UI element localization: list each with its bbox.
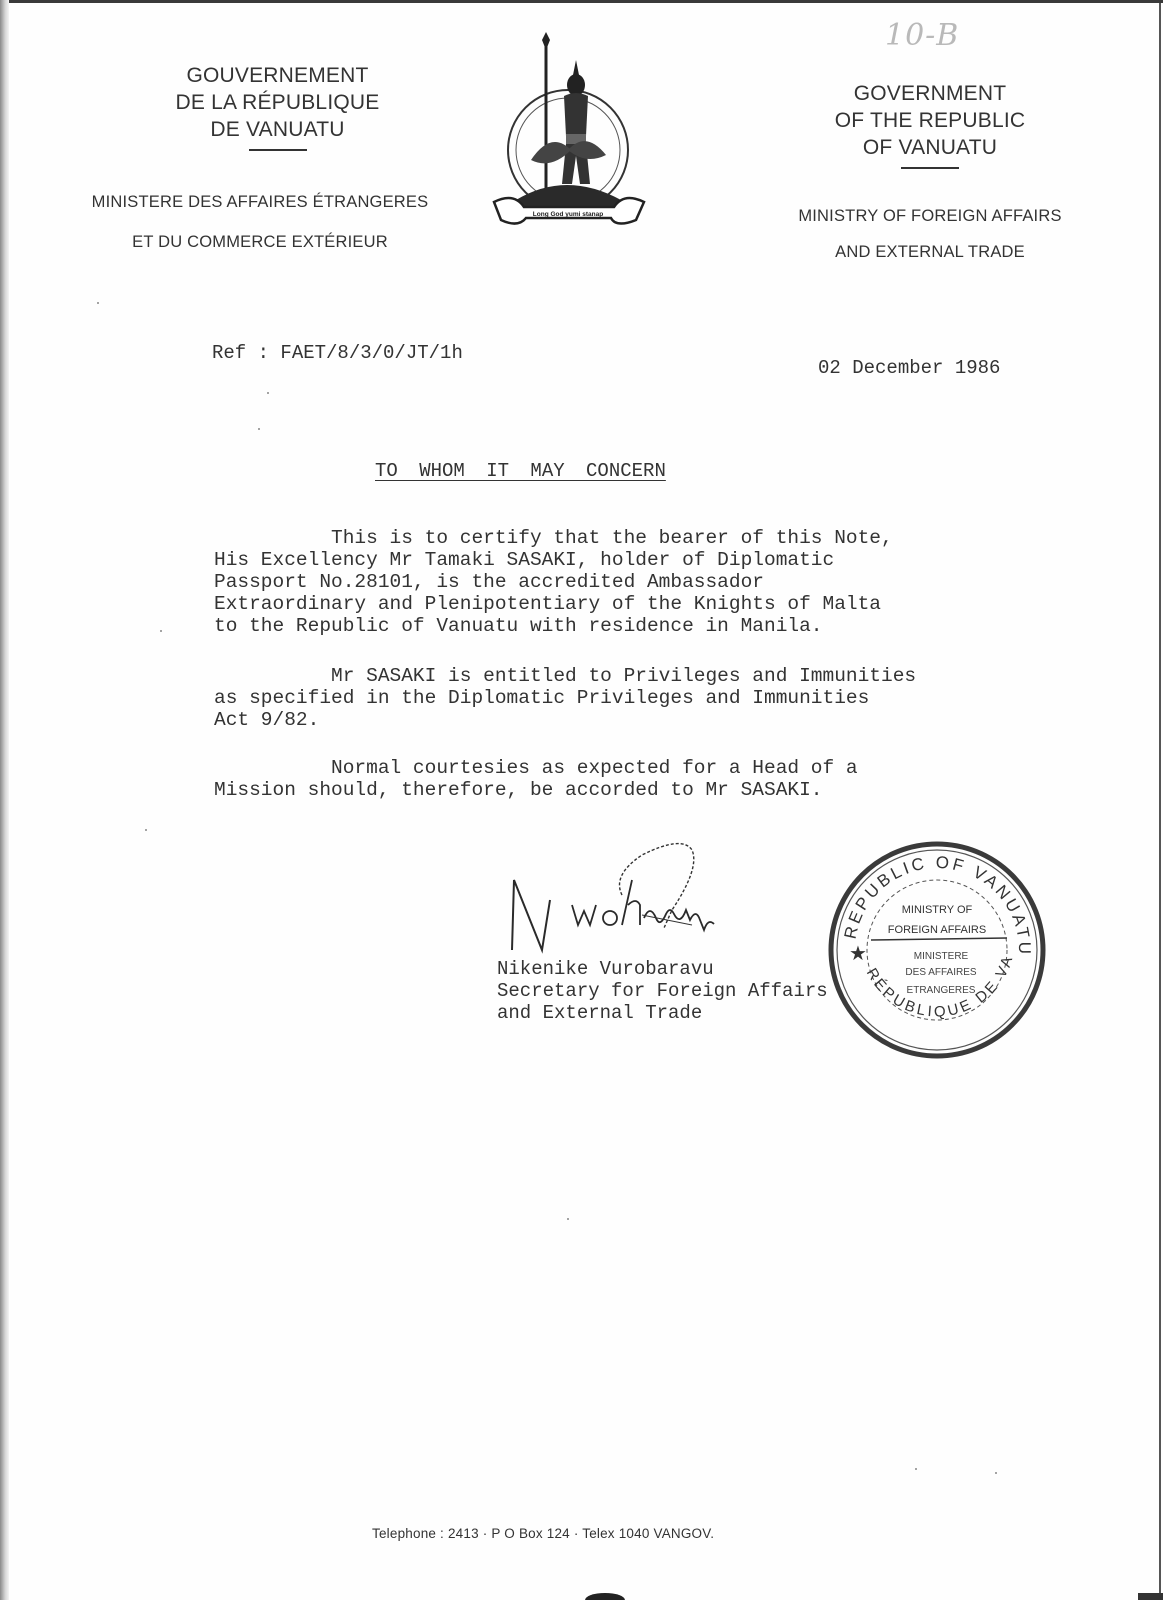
divider (249, 149, 307, 151)
handwritten-file-note: 10-B (885, 18, 959, 53)
scan-speck (160, 630, 162, 632)
ministry-fr-line1: MINISTERE DES AFFAIRES ÉTRANGERES (70, 192, 450, 212)
signatory-title-2: and External Trade (497, 1002, 828, 1024)
body-paragraph-3: Normal courtesies as expected for a Head… (214, 757, 858, 801)
gov-line-fr-3: DE VANUATU (105, 116, 450, 143)
body-paragraph-1: This is to certify that the bearer of th… (214, 527, 893, 637)
svg-text:DES AFFAIRES: DES AFFAIRES (905, 967, 976, 978)
ministry-en-line2: AND EXTERNAL TRADE (770, 242, 1090, 262)
ministry-en-line1: MINISTRY OF FOREIGN AFFAIRS (770, 206, 1090, 226)
scan-speck (97, 302, 99, 304)
signatory-name: Nikenike Vurobaravu (497, 958, 828, 980)
star-icon: ★ (849, 943, 867, 965)
gov-line-en-1: GOVERNMENT (800, 80, 1060, 107)
scan-artifact (585, 1593, 625, 1600)
scan-speck (567, 1218, 569, 1220)
scan-speck (995, 1472, 997, 1474)
scan-speck (915, 1468, 917, 1470)
body-paragraph-2: Mr SASAKI is entitled to Privileges and … (214, 665, 916, 731)
svg-text:MINISTRY OF: MINISTRY OF (902, 904, 973, 916)
letterhead-french: GOUVERNEMENT DE LA RÉPUBLIQUE DE VANUATU… (70, 62, 450, 151)
gov-line-en-3: OF VANUATU (800, 134, 1060, 161)
vanuatu-coat-of-arms-icon: Long God yumi stanap (486, 30, 651, 235)
scan-edge-top (0, 0, 1163, 3)
official-seal: REPUBLIC OF VANUATU RÉPUBLIQUE DE VANUAT… (825, 838, 1050, 1063)
scan-speck (145, 829, 147, 831)
gov-line-en-2: OF THE REPUBLIC (800, 107, 1060, 134)
reference-number: Ref : FAET/8/3/0/JT/1h (212, 342, 463, 364)
divider (901, 167, 959, 169)
gov-line-fr-1: GOUVERNEMENT (105, 62, 450, 89)
svg-text:Long God yumi stanap: Long God yumi stanap (533, 211, 603, 218)
letterhead-footer: Telephone : 2413 · P O Box 124 · Telex 1… (372, 1526, 714, 1541)
scan-speck (267, 392, 269, 394)
letter-page: GOUVERNEMENT DE LA RÉPUBLIQUE DE VANUATU… (0, 0, 1163, 1600)
subject-heading: TO WHOM IT MAY CONCERN (375, 460, 666, 482)
gov-line-fr-2: DE LA RÉPUBLIQUE (105, 89, 450, 116)
ministry-fr-line2: ET DU COMMERCE EXTÉRIEUR (70, 232, 450, 252)
letterhead-english: GOVERNMENT OF THE REPUBLIC OF VANUATU MI… (800, 80, 1060, 169)
scan-speck (258, 428, 260, 430)
svg-text:FOREIGN AFFAIRS: FOREIGN AFFAIRS (888, 924, 986, 936)
letter-date: 02 December 1986 (818, 357, 1000, 379)
scan-edge-right (1159, 3, 1161, 1593)
signatory-block: Nikenike VurobaravuSecretary for Foreign… (497, 958, 828, 1024)
scan-edge-left (0, 0, 9, 1600)
handwritten-signature (492, 830, 752, 960)
signatory-title-1: Secretary for Foreign Affairs (497, 980, 828, 1002)
scan-edge-mark (1138, 1593, 1163, 1600)
svg-text:MINISTERE: MINISTERE (914, 951, 969, 962)
svg-text:ETRANGERES: ETRANGERES (907, 985, 976, 996)
